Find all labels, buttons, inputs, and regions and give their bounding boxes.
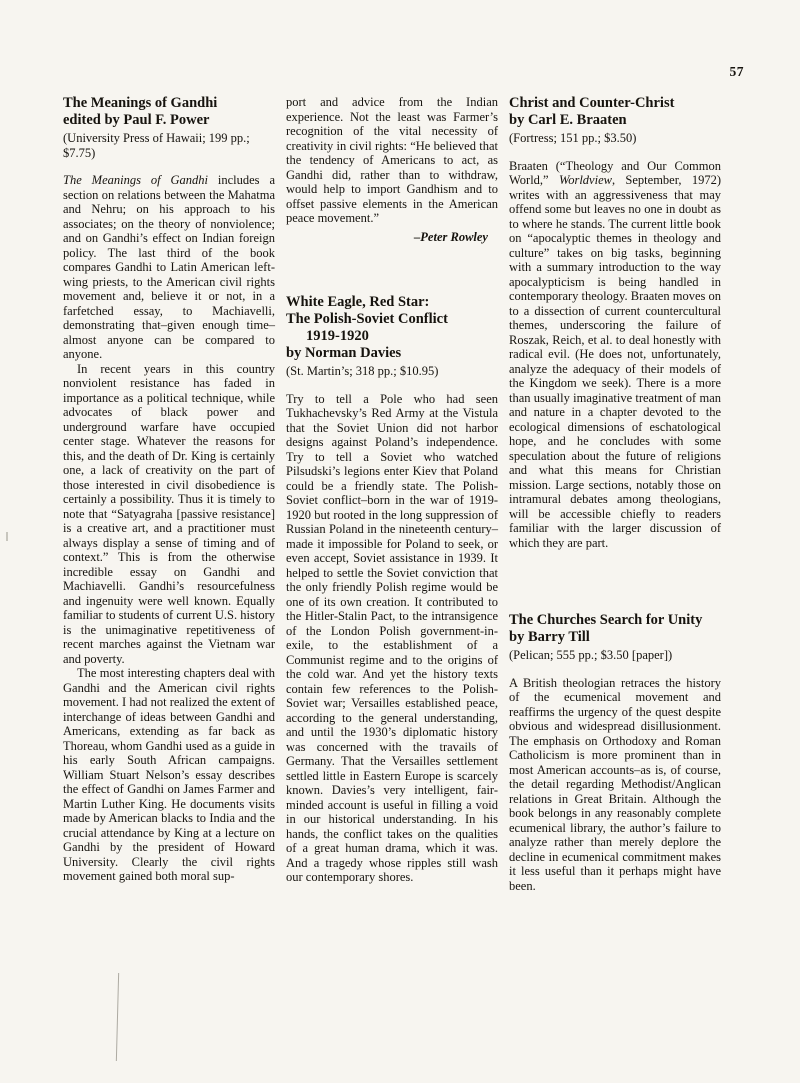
- magazine-page: 57 The Meanings of Gandhi edited by Paul…: [0, 0, 800, 1083]
- gandhi-paragraph-3: The most interesting chapters deal with …: [63, 666, 275, 884]
- three-column-layout: The Meanings of Gandhi edited by Paul F.…: [63, 95, 721, 893]
- paragraph-text: includes a section on relations between …: [63, 173, 275, 361]
- christ-paragraph-1: Braaten (“Theology and Our Common World,…: [509, 159, 721, 551]
- review-title-line: The Meanings of Gandhi: [63, 95, 275, 112]
- review-title-christ: Christ and Counter-Christ by Carl E. Bra…: [509, 95, 721, 129]
- publication-info-gandhi: (University Press of Hawaii; 199 pp.; $7…: [63, 131, 275, 160]
- reviewer-byline: –Peter Rowley: [286, 230, 498, 245]
- review-author-line: by Norman Davies: [286, 345, 498, 362]
- review-author-line: by Carl E. Braaten: [509, 112, 721, 129]
- publication-info-churches: (Pelican; 555 pp.; $3.50 [paper]): [509, 648, 721, 663]
- column-right: Christ and Counter-Christ by Carl E. Bra…: [509, 95, 721, 893]
- white-eagle-paragraph-1: Try to tell a Pole who had seen Tukhache…: [286, 392, 498, 885]
- gandhi-paragraph-2: In recent years in this country nonviole…: [63, 362, 275, 667]
- section-gap: [286, 244, 498, 294]
- journal-title-italic: Worldview: [559, 173, 612, 187]
- page-number: 57: [730, 64, 745, 80]
- review-title-line: The Churches Search for Unity: [509, 612, 721, 629]
- column-left: The Meanings of Gandhi edited by Paul F.…: [63, 95, 275, 884]
- column-center: port and advice from the Indian experien…: [286, 95, 498, 885]
- review-title-line: White Eagle, Red Star:: [286, 294, 498, 311]
- paragraph-text: , September, 1972) writes with an aggres…: [509, 173, 721, 550]
- scan-artifact-line: [116, 973, 119, 1061]
- book-title-italic: The Meanings of Gandhi: [63, 173, 208, 187]
- review-author-line: by Barry Till: [509, 629, 721, 646]
- review-title-white-eagle: White Eagle, Red Star: The Polish-Soviet…: [286, 294, 498, 362]
- review-title-line: 1919-1920: [286, 328, 498, 345]
- gandhi-paragraph-continuation: port and advice from the Indian experien…: [286, 95, 498, 226]
- section-gap: [509, 550, 721, 612]
- gandhi-paragraph-1: The Meanings of Gandhi includes a sectio…: [63, 173, 275, 362]
- publication-info-christ: (Fortress; 151 pp.; $3.50): [509, 131, 721, 146]
- review-title-gandhi: The Meanings of Gandhi edited by Paul F.…: [63, 95, 275, 129]
- churches-paragraph-1: A British theologian retraces the histor…: [509, 676, 721, 894]
- review-title-churches: The Churches Search for Unity by Barry T…: [509, 612, 721, 646]
- review-title-line: Christ and Counter-Christ: [509, 95, 721, 112]
- review-author-line: edited by Paul F. Power: [63, 112, 275, 129]
- publication-info-white-eagle: (St. Martin’s; 318 pp.; $10.95): [286, 364, 498, 379]
- review-title-line: The Polish-Soviet Conflict: [286, 311, 498, 328]
- scan-artifact-speck: [6, 532, 8, 541]
